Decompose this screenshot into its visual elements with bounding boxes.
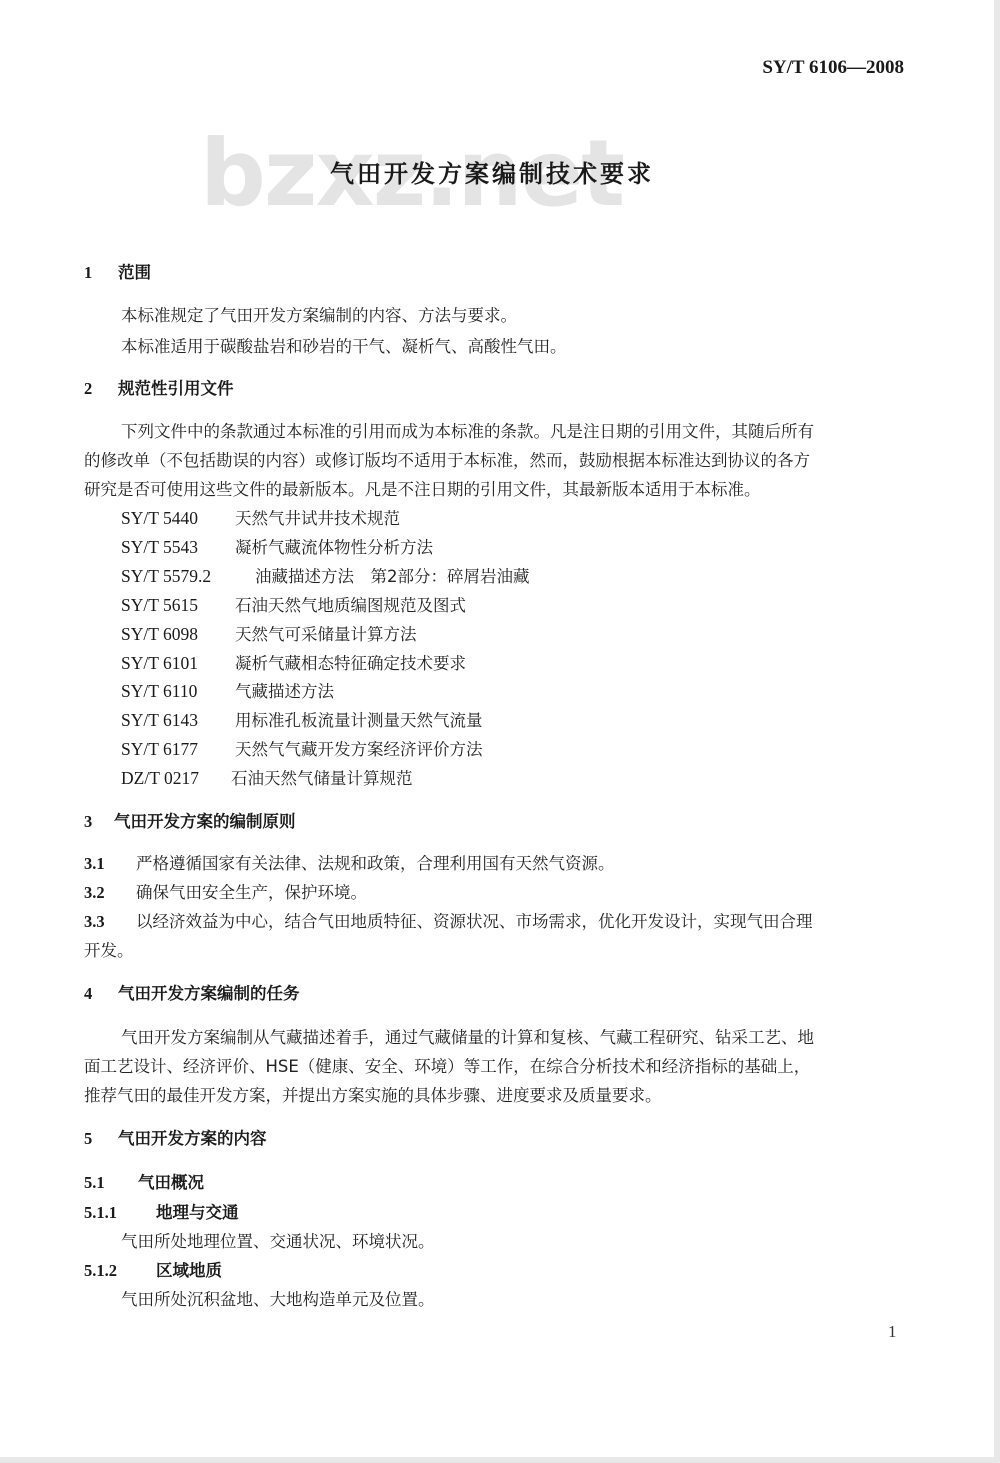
subsection-5-1-2-heading: 5.1.2区域地质 — [84, 1263, 222, 1280]
reference-code: SY/T 6143 — [121, 712, 235, 730]
section-1-heading: 1范围 — [84, 265, 151, 282]
reference-title: 石油天然气地质编图规范及图式 — [235, 596, 466, 615]
section-3-heading: 3气田开发方案的编制原则 — [84, 814, 296, 831]
section-title: 气田开发方案的编制原则 — [114, 812, 296, 831]
subsection-title: 区域地质 — [156, 1261, 222, 1280]
clause-number: 3.3 — [84, 914, 136, 931]
subsection-title: 气田概况 — [138, 1173, 204, 1192]
paragraph-line: 推荐气田的最佳开发方案，并提出方案实施的具体步骤、进度要求及质量要求。 — [84, 1088, 662, 1105]
section-number: 3 — [84, 814, 114, 831]
reference-item: SY/T 5440天然气井试井技术规范 — [121, 510, 400, 528]
section-number: 2 — [84, 381, 118, 398]
reference-item: SY/T 5579.2油藏描述方法 第2部分：碎屑岩油藏 — [121, 568, 530, 586]
section-number: 4 — [84, 986, 118, 1003]
paragraph-line: 下列文件中的条款通过本标准的引用而成为本标准的条款。凡是注日期的引用文件，其随后… — [121, 424, 814, 441]
paragraph: 气田所处沉积盆地、大地构造单元及位置。 — [121, 1292, 435, 1309]
reference-item: SY/T 6101凝析气藏相态特征确定技术要求 — [121, 655, 466, 673]
reference-code: SY/T 5579.2 — [121, 568, 255, 586]
clause-number: 3.2 — [84, 885, 136, 902]
reference-title: 天然气气藏开发方案经济评价方法 — [235, 740, 483, 759]
clause-item: 3.3以经济效益为中心，结合气田地质特征、资源状况、市场需求，优化开发设计，实现… — [84, 914, 813, 931]
paragraph-line: 的修改单（不包括勘误的内容）或修订版均不适用于本标准，然而，鼓励根据本标准达到协… — [84, 453, 810, 470]
clause-text-continuation: 开发。 — [84, 943, 134, 960]
reference-item: SY/T 5543凝析气藏流体物性分析方法 — [121, 539, 433, 557]
reference-title: 石油天然气储量计算规范 — [231, 769, 413, 788]
reference-title: 油藏描述方法 第2部分：碎屑岩油藏 — [255, 567, 530, 586]
reference-title: 天然气可采储量计算方法 — [235, 625, 417, 644]
paragraph-line: 气田开发方案编制从气藏描述着手，通过气藏储量的计算和复核、气藏工程研究、钻采工艺… — [121, 1030, 814, 1047]
section-5-heading: 5气田开发方案的内容 — [84, 1131, 267, 1148]
paragraph: 本标准适用于碳酸盐岩和砂岩的干气、凝析气、高酸性气田。 — [121, 339, 567, 356]
reference-title: 凝析气藏流体物性分析方法 — [235, 538, 433, 557]
subsection-number: 5.1 — [84, 1175, 138, 1192]
reference-title: 天然气井试井技术规范 — [235, 509, 400, 528]
subsection-title: 地理与交通 — [156, 1203, 239, 1222]
subsection-number: 5.1.2 — [84, 1263, 156, 1280]
section-title: 气田开发方案的内容 — [118, 1129, 267, 1148]
page-number: 1 — [888, 1322, 897, 1342]
reference-item: DZ/T 0217石油天然气储量计算规范 — [121, 770, 413, 788]
reference-code: SY/T 6110 — [121, 683, 235, 701]
reference-title: 气藏描述方法 — [235, 682, 334, 701]
reference-title: 凝析气藏相态特征确定技术要求 — [235, 654, 466, 673]
reference-code: DZ/T 0217 — [121, 770, 231, 788]
clause-number: 3.1 — [84, 856, 136, 873]
section-number: 5 — [84, 1131, 118, 1148]
section-number: 1 — [84, 265, 118, 282]
section-title: 范围 — [118, 263, 151, 282]
reference-title: 用标准孔板流量计测量天然气流量 — [235, 711, 483, 730]
section-4-heading: 4气田开发方案编制的任务 — [84, 986, 300, 1003]
reference-code: SY/T 6101 — [121, 655, 235, 673]
section-title: 气田开发方案编制的任务 — [118, 984, 300, 1003]
clause-text: 确保气田安全生产，保护环境。 — [136, 883, 367, 902]
clause-item: 3.1严格遵循国家有关法律、法规和政策，合理利用国有天然气资源。 — [84, 856, 615, 873]
section-2-heading: 2规范性引用文件 — [84, 381, 234, 398]
document-title: 气田开发方案编制技术要求 — [330, 154, 654, 189]
subsection-5-1-heading: 5.1气田概况 — [84, 1175, 204, 1192]
section-title: 规范性引用文件 — [118, 379, 234, 398]
reference-code: SY/T 5615 — [121, 597, 235, 615]
reference-code: SY/T 6177 — [121, 741, 235, 759]
subsection-5-1-1-heading: 5.1.1地理与交通 — [84, 1205, 239, 1222]
reference-item: SY/T 6177天然气气藏开发方案经济评价方法 — [121, 741, 483, 759]
clause-text: 严格遵循国家有关法律、法规和政策，合理利用国有天然气资源。 — [136, 854, 615, 873]
reference-code: SY/T 5543 — [121, 539, 235, 557]
reference-item: SY/T 6110气藏描述方法 — [121, 683, 334, 701]
document-page: SY/T 6106—2008 bzxz.net 气田开发方案编制技术要求 1范围… — [0, 0, 994, 1457]
reference-item: SY/T 6143用标准孔板流量计测量天然气流量 — [121, 712, 483, 730]
reference-item: SY/T 6098天然气可采储量计算方法 — [121, 626, 417, 644]
subsection-number: 5.1.1 — [84, 1205, 156, 1222]
reference-code: SY/T 6098 — [121, 626, 235, 644]
standard-code: SY/T 6106—2008 — [762, 57, 904, 79]
reference-code: SY/T 5440 — [121, 510, 235, 528]
clause-item: 3.2确保气田安全生产，保护环境。 — [84, 885, 367, 902]
paragraph: 气田所处地理位置、交通状况、环境状况。 — [121, 1234, 435, 1251]
paragraph: 本标准规定了气田开发方案编制的内容、方法与要求。 — [121, 308, 517, 325]
paragraph-line: 面工艺设计、经济评价、HSE（健康、安全、环境）等工作，在综合分析技术和经济指标… — [84, 1059, 810, 1076]
reference-item: SY/T 5615石油天然气地质编图规范及图式 — [121, 597, 466, 615]
paragraph-line: 研究是否可使用这些文件的最新版本。凡是不注日期的引用文件，其最新版本适用于本标准… — [84, 482, 761, 499]
clause-text: 以经济效益为中心，结合气田地质特征、资源状况、市场需求，优化开发设计，实现气田合… — [136, 912, 813, 931]
